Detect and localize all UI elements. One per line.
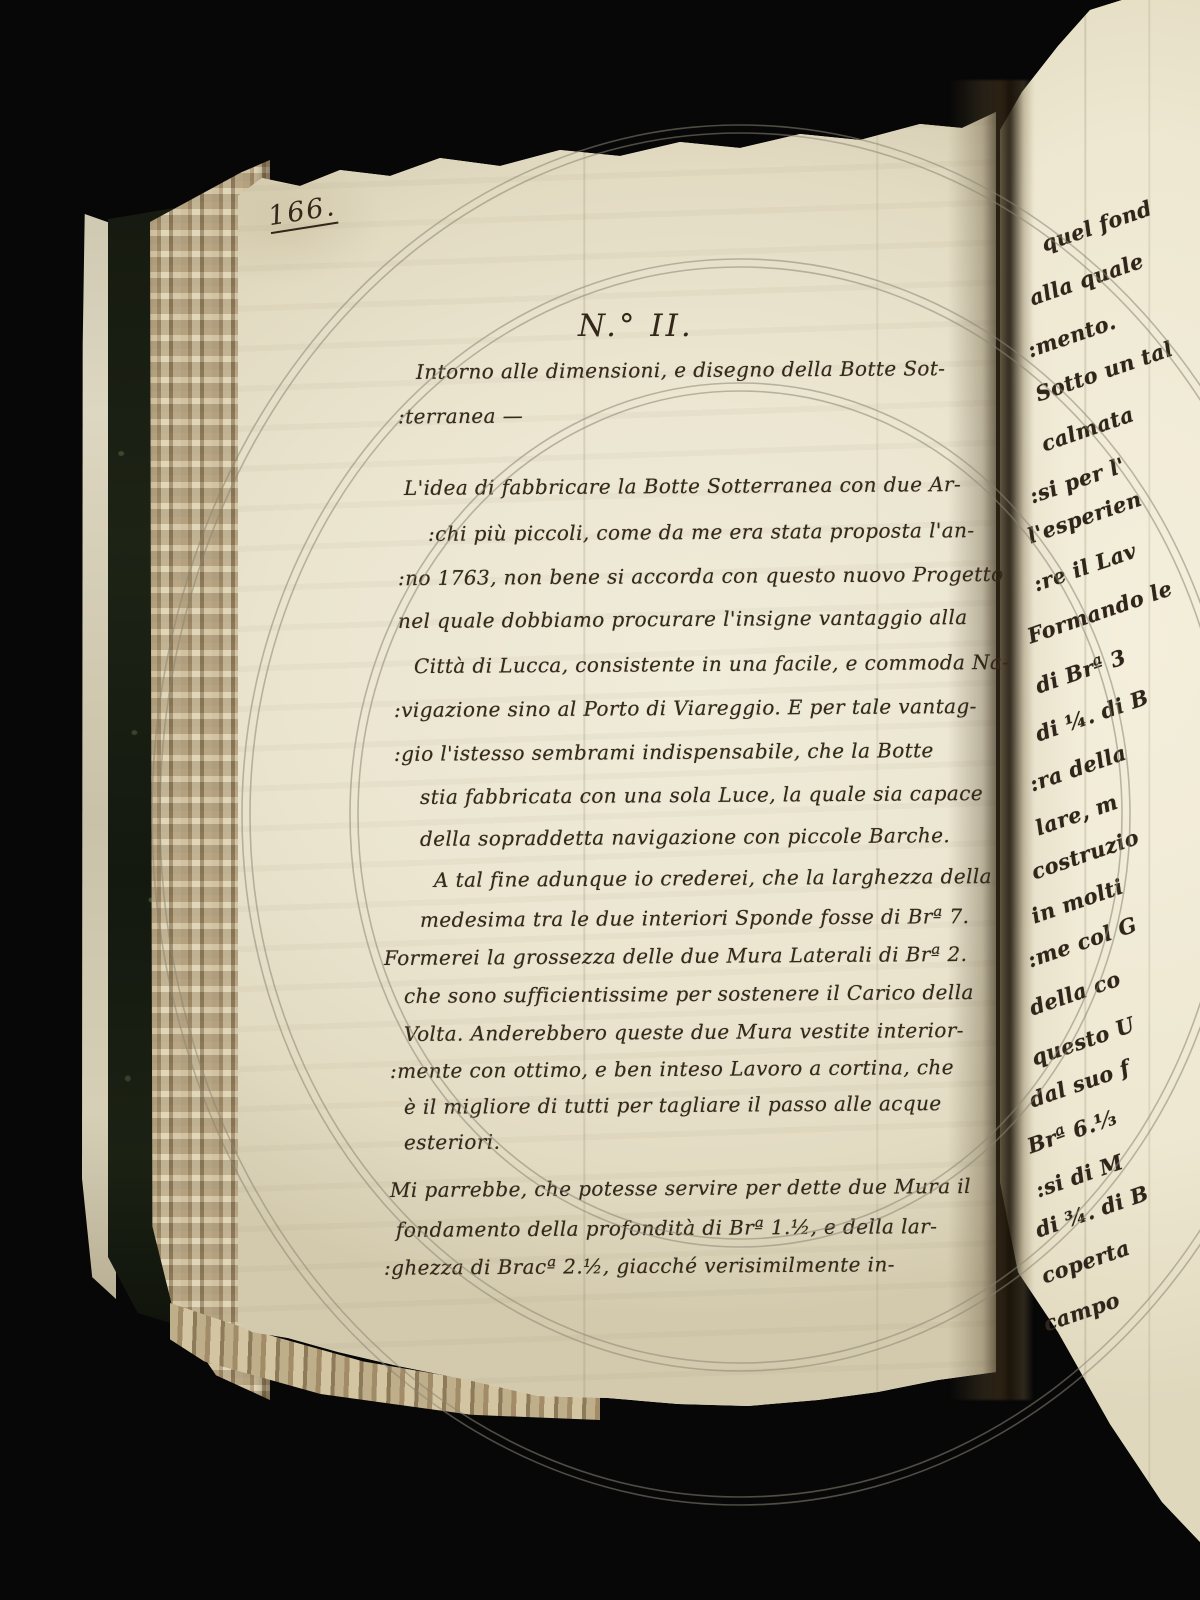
manuscript-line-fragment: calmata [1038, 401, 1137, 456]
manuscript-line-fragment: coperta [1038, 1235, 1133, 1289]
manuscript-line-fragment: di Brª 3 [1032, 644, 1129, 698]
manuscript-line-fragment: alla quale [1026, 248, 1147, 311]
manuscript-line-fragment: :mento. [1024, 309, 1119, 363]
manuscript-line-fragment: della co [1026, 966, 1124, 1021]
manuscript-line-fragment: :re il Lav [1030, 538, 1140, 597]
manuscript-line-fragment: :ra della [1026, 740, 1130, 797]
manuscript-line-fragment: campo [1040, 1287, 1123, 1336]
manuscript-photo: 166. N.° II. Intorno alle dimensioni, e … [0, 0, 1200, 1600]
manuscript-line-fragment: Brª 6.⅓ [1024, 1104, 1120, 1158]
right-page-text: quel fondalla quale:mento.Sotto un talca… [0, 0, 1200, 1600]
